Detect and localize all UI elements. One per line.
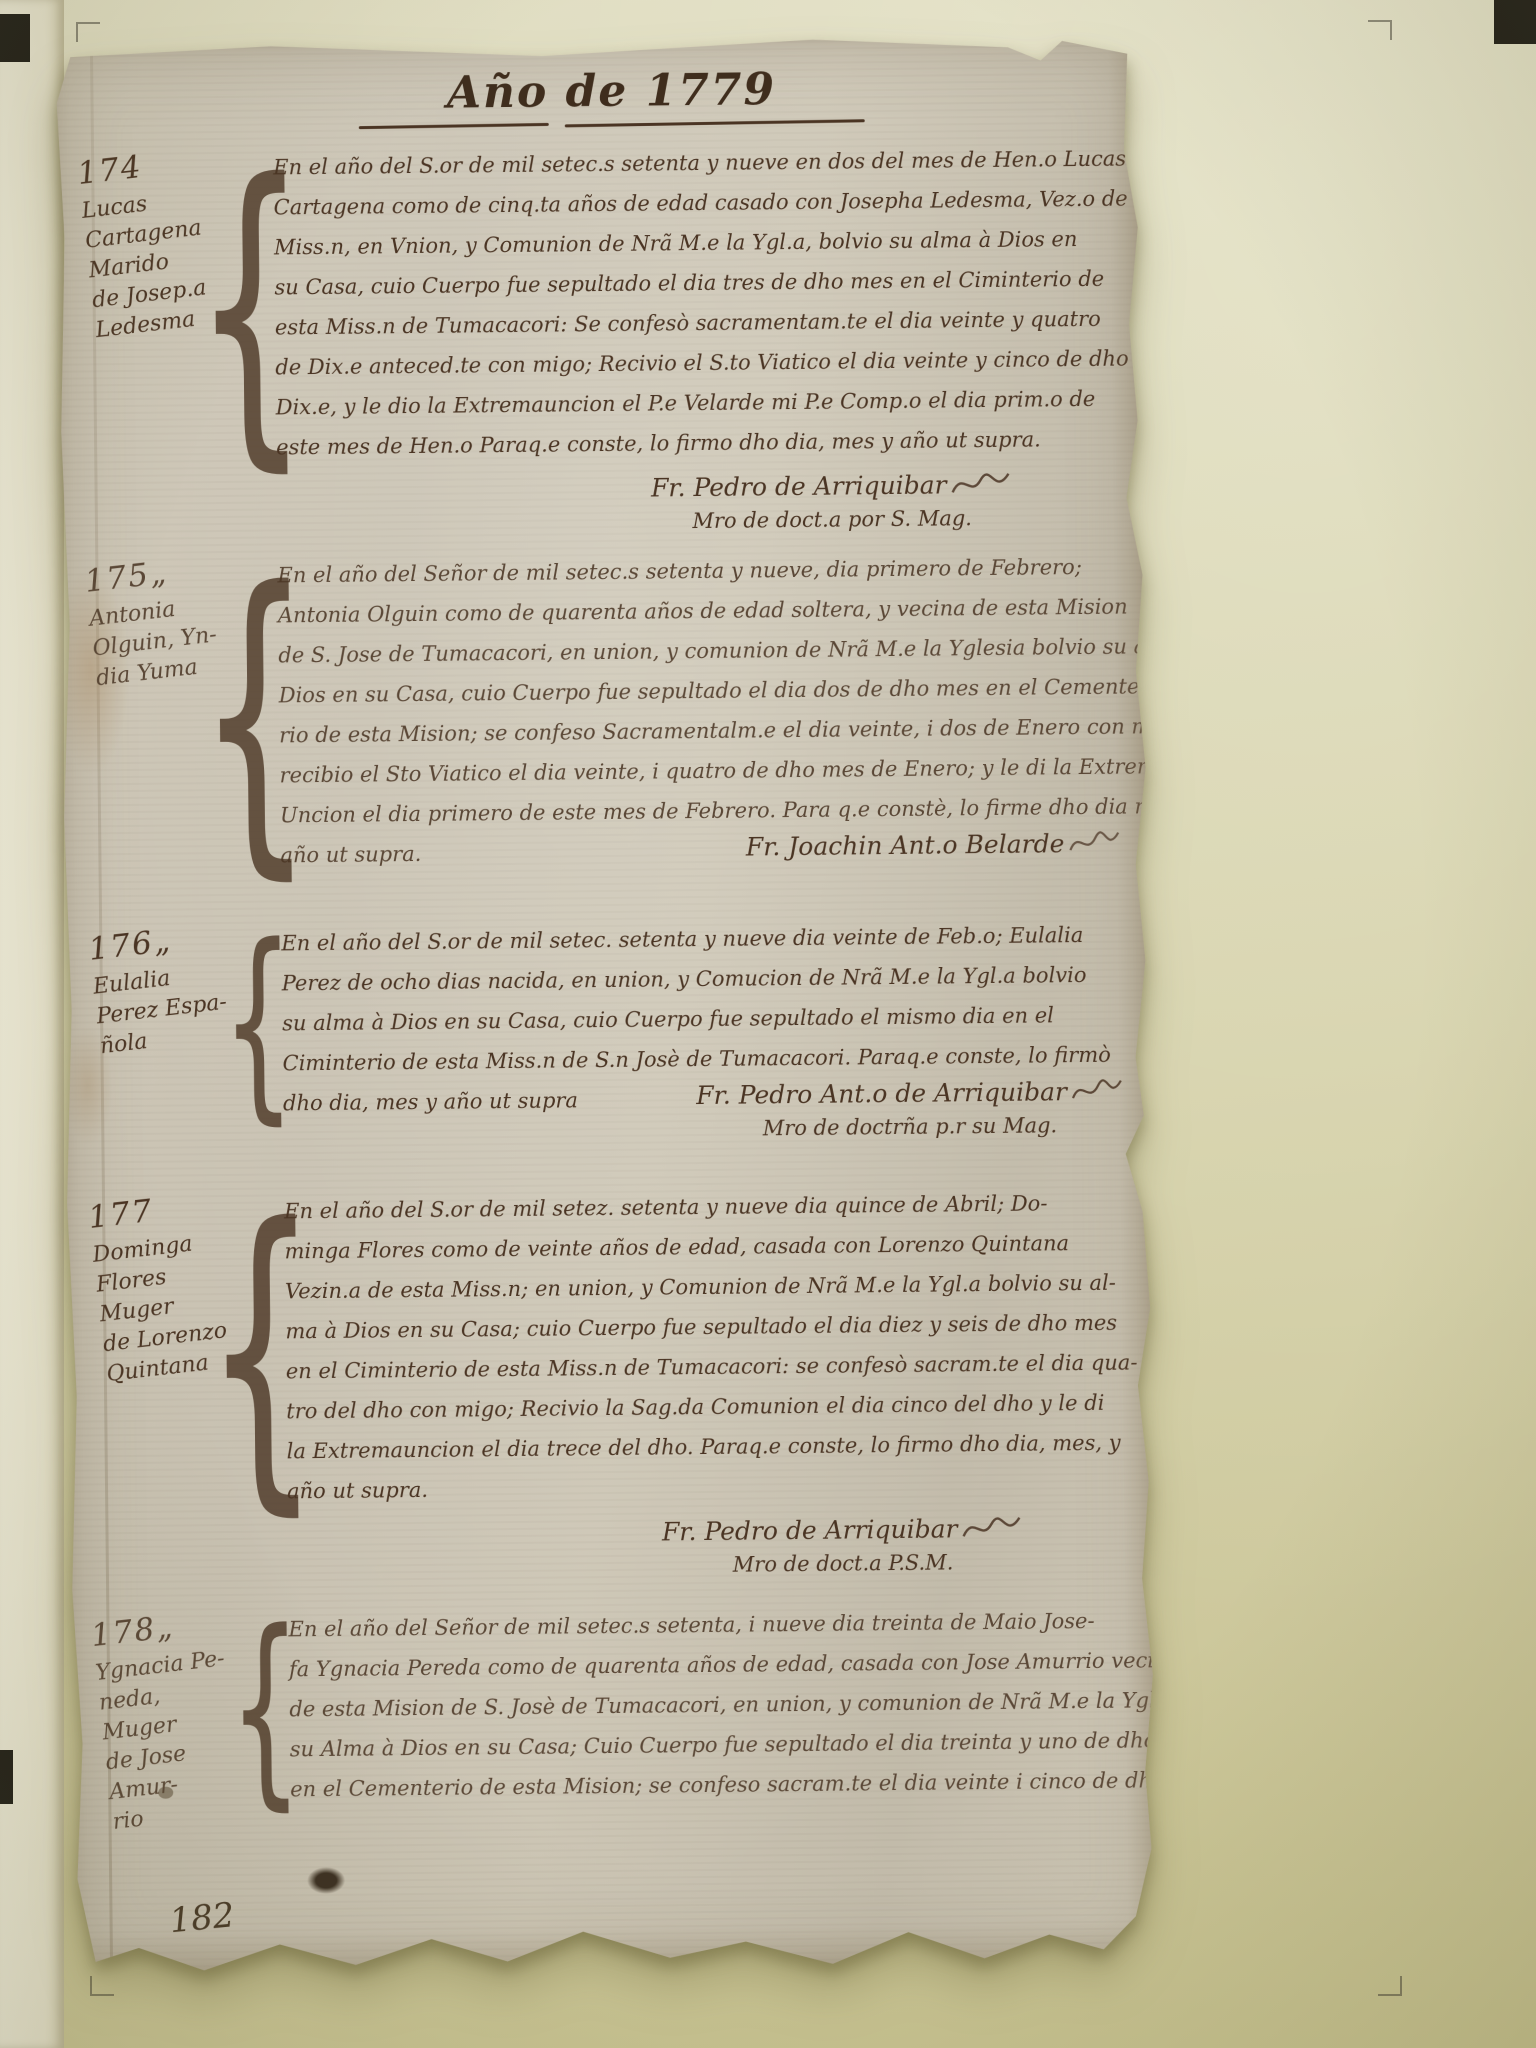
signature-name: Fr. Pedro de Arriquibar	[662, 1512, 958, 1549]
registration-mark-top-left	[0, 14, 30, 62]
signature-name: Fr. Pedro Ant.o de Arriquibar	[696, 1075, 1067, 1113]
signature-title: Mro de doct.a P.S.M.	[662, 1546, 1024, 1582]
signature-rubric-icon	[950, 468, 1012, 503]
album-page-edge	[0, 0, 64, 2048]
entry-brace: {	[244, 922, 273, 1124]
registration-mark-top-right	[1494, 0, 1536, 44]
entry-brace: {	[240, 554, 270, 876]
burial-entry-178: 178„ Ygnacia Pe- neda, Muger de Jose Amu…	[100, 1598, 1156, 1831]
title-underline-divider	[359, 120, 865, 128]
signature-block: Fr. Pedro de Arriquibar Mro de doct.a P.…	[662, 1512, 1024, 1582]
burial-entry-177: 177 Dominga Flores Muger de Lorenzo Quin…	[96, 1180, 1154, 1587]
entry-text-line: dho dia, mes y año ut supra	[283, 1080, 578, 1123]
signature-block: Fr. Pedro Ant.o de Arriquibar Mro de doc…	[696, 1075, 1123, 1145]
entry-margin-note: 176„ Eulalia Perez Espa- ñola	[87, 915, 241, 1062]
burial-entry-175: 175„ Antonia Olguin, Yn- dia Yuma { En e…	[89, 544, 1146, 877]
year-heading: Año de 1779	[358, 63, 865, 128]
signature-block: Fr. Joachin Ant.o Belarde	[746, 827, 1121, 865]
signature-block: Fr. Pedro de Arriquibar Mro de doct.a po…	[651, 468, 1013, 538]
entry-brace: {	[251, 1607, 280, 1809]
entry-text-line: en el Cementerio de esta Mision; se conf…	[290, 1760, 1156, 1809]
crop-mark-bottom-right	[1378, 1976, 1402, 1996]
signature-rubric-icon	[961, 1512, 1023, 1547]
signature-title: Mro de doct.a por S. Mag.	[651, 502, 1013, 538]
signature-name: Fr. Pedro de Arriquibar	[651, 468, 947, 505]
entry-number: 178„	[90, 1605, 233, 1651]
crop-mark-top-left	[76, 22, 100, 42]
registration-mark-bottom-left	[0, 1750, 13, 1804]
page-number: 182	[168, 1895, 236, 1941]
burial-entry-174: 174 Lucas Cartagena Marido de Josep.a Le…	[85, 136, 1143, 543]
bottom-edge-shading	[74, 1922, 1158, 1975]
crop-mark-bottom-left	[90, 1976, 114, 1996]
burial-entry-176: 176„ Eulalia Perez Espa- ñola { En el añ…	[93, 912, 1149, 1151]
ink-blot	[307, 1867, 345, 1894]
signature-rubric-icon	[1071, 1076, 1123, 1109]
entry-brace: {	[247, 1189, 277, 1511]
manuscript-page: Año de 1779 174 Lucas Cartagena Marido d…	[54, 34, 1158, 1975]
manuscript-paper-wrap: Año de 1779 174 Lucas Cartagena Marido d…	[54, 34, 1158, 1975]
entry-text-line: año ut supra.	[287, 1462, 1153, 1511]
crop-mark-top-right	[1368, 20, 1392, 40]
page-title: Año de 1779	[447, 64, 777, 118]
entry-text-line: este mes de Hen.o Paraq.e conste, lo fir…	[276, 418, 1142, 467]
entry-number: 176„	[87, 919, 230, 965]
signature-title: Mro de doctrña p.r su Mag.	[696, 1109, 1123, 1145]
entry-brace: {	[236, 146, 266, 468]
signature-rubric-icon	[1068, 828, 1120, 861]
photo-background: Año de 1779 174 Lucas Cartagena Marido d…	[0, 0, 1536, 2048]
signature-name: Fr. Joachin Ant.o Belarde	[746, 827, 1065, 864]
